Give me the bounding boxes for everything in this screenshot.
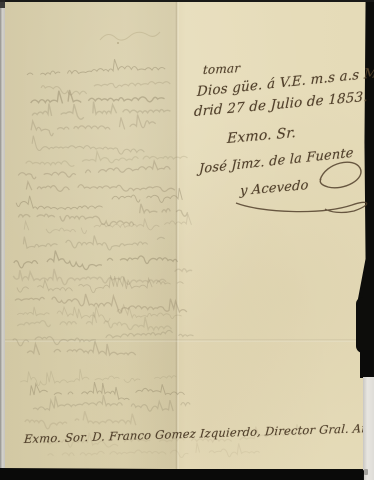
paper-edge-notch — [356, 297, 370, 353]
underlay-page-strip — [363, 377, 374, 480]
right-edge-black-tab — [360, 350, 373, 378]
letter-line-continuation: tomar — [203, 61, 241, 77]
scanned-letter-page: tomar Dios güe. á V.E. m.s a.s Ma- drid … — [0, 0, 374, 480]
scan-bottom-black-bar — [0, 468, 364, 480]
paper-left-half-shading — [5, 2, 177, 469]
corner-mark — [364, 469, 368, 475]
fold-crease-vertical — [175, 2, 179, 469]
fold-crease-horizontal — [5, 339, 367, 342]
scan-left-edge-strip — [0, 0, 5, 469]
scan-top-edge-line — [0, 0, 374, 2]
